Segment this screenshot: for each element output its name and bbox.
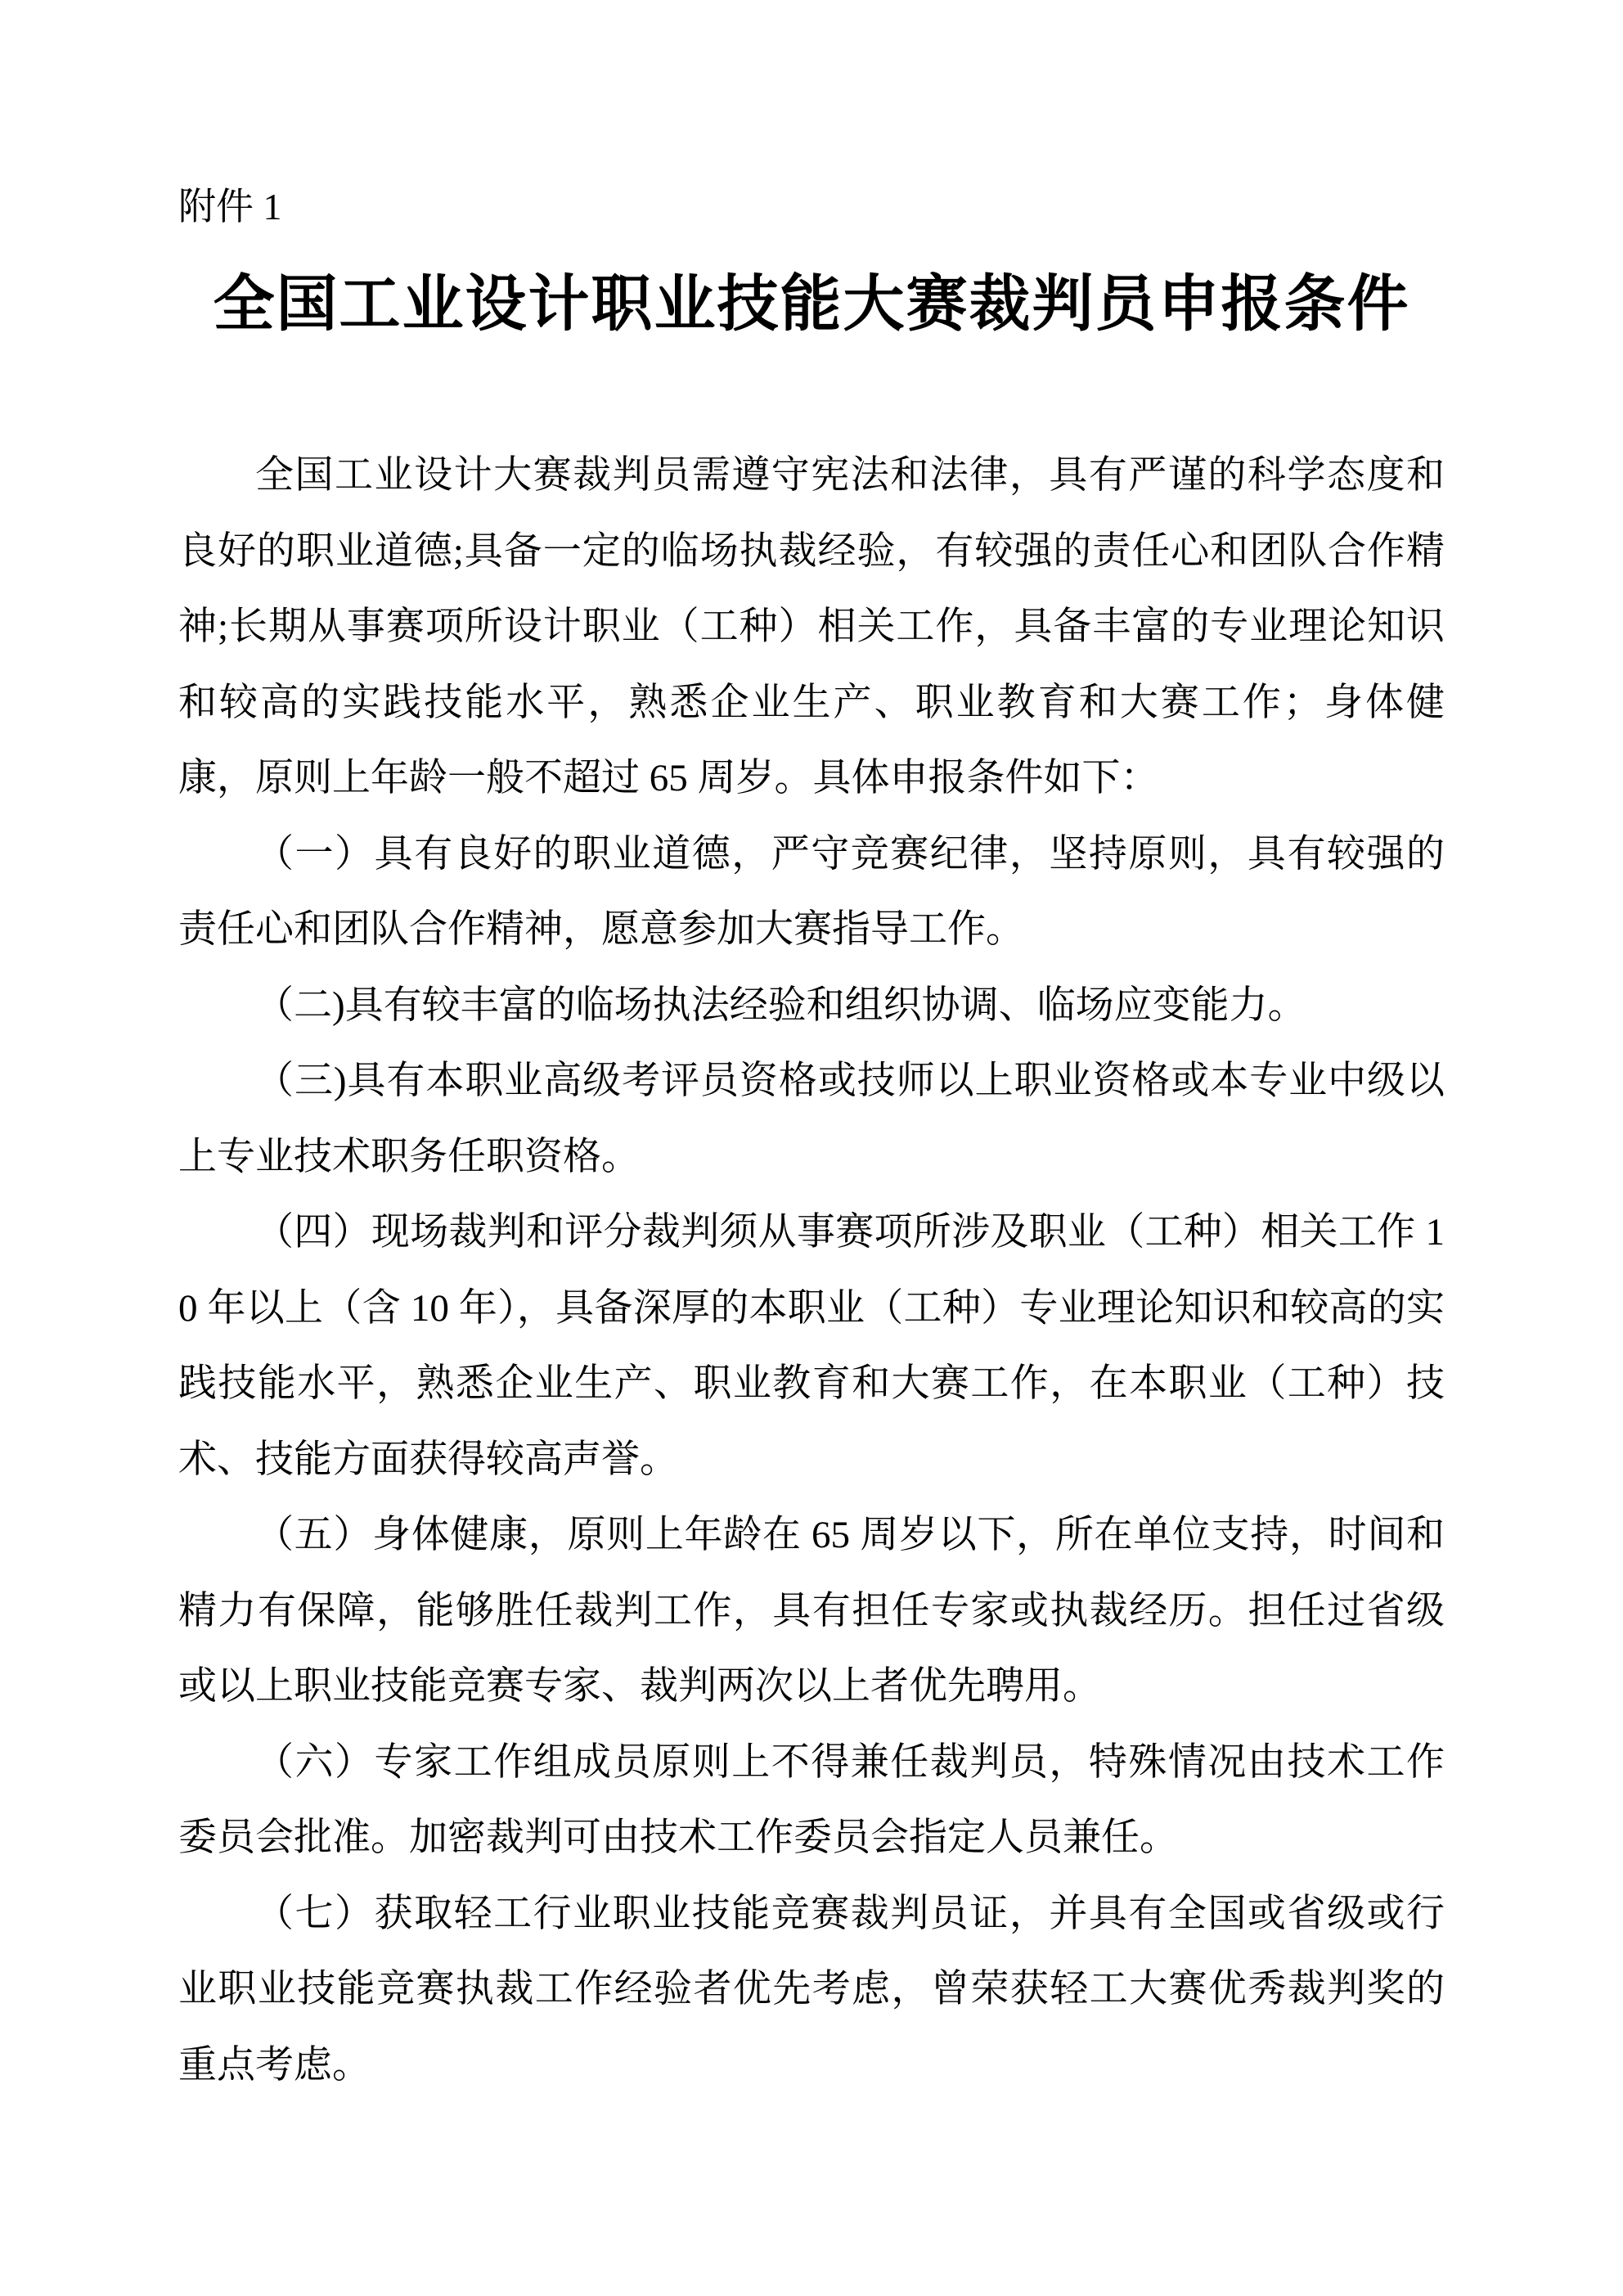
attachment-label: 附件 1 <box>178 184 1445 230</box>
document-page: 附件 1 全国工业设计职业技能大赛裁判员申报条件 全国工业设计大赛裁判员需遵守宪… <box>0 0 1623 2296</box>
document-body: 全国工业设计大赛裁判员需遵守宪法和法律，具有严谨的科学态度和良好的职业道德;具备… <box>178 438 1445 2103</box>
paragraph-item-2: （二)具有较丰富的临场执法经验和组织协调、临场应变能力。 <box>178 968 1445 1044</box>
paragraph-item-1: （一）具有良好的职业道德，严守竞赛纪律，坚持原则，具有较强的责任心和团队合作精神… <box>178 817 1445 968</box>
document-title: 全国工业设计职业技能大赛裁判员申报条件 <box>178 264 1445 346</box>
paragraph-item-6: （六）专家工作组成员原则上不得兼任裁判员，特殊情况由技术工作委员会批准。加密裁判… <box>178 1725 1445 1876</box>
paragraph-item-3: （三)具有本职业高级考评员资格或技师以上职业资格或本专业中级以上专业技术职务任职… <box>178 1043 1445 1195</box>
paragraph-intro: 全国工业设计大赛裁判员需遵守宪法和法律，具有严谨的科学态度和良好的职业道德;具备… <box>178 438 1445 817</box>
paragraph-item-5: （五）身体健康，原则上年龄在 65 周岁以下，所在单位支持，时间和精力有保障，能… <box>178 1497 1445 1725</box>
paragraph-item-4: （四）现场裁判和评分裁判须从事赛项所涉及职业（工种）相关工作 10 年以上（含 … <box>178 1195 1445 1497</box>
paragraph-item-7: （七）获取轻工行业职业技能竞赛裁判员证，并具有全国或省级或行业职业技能竞赛执裁工… <box>178 1876 1445 2104</box>
